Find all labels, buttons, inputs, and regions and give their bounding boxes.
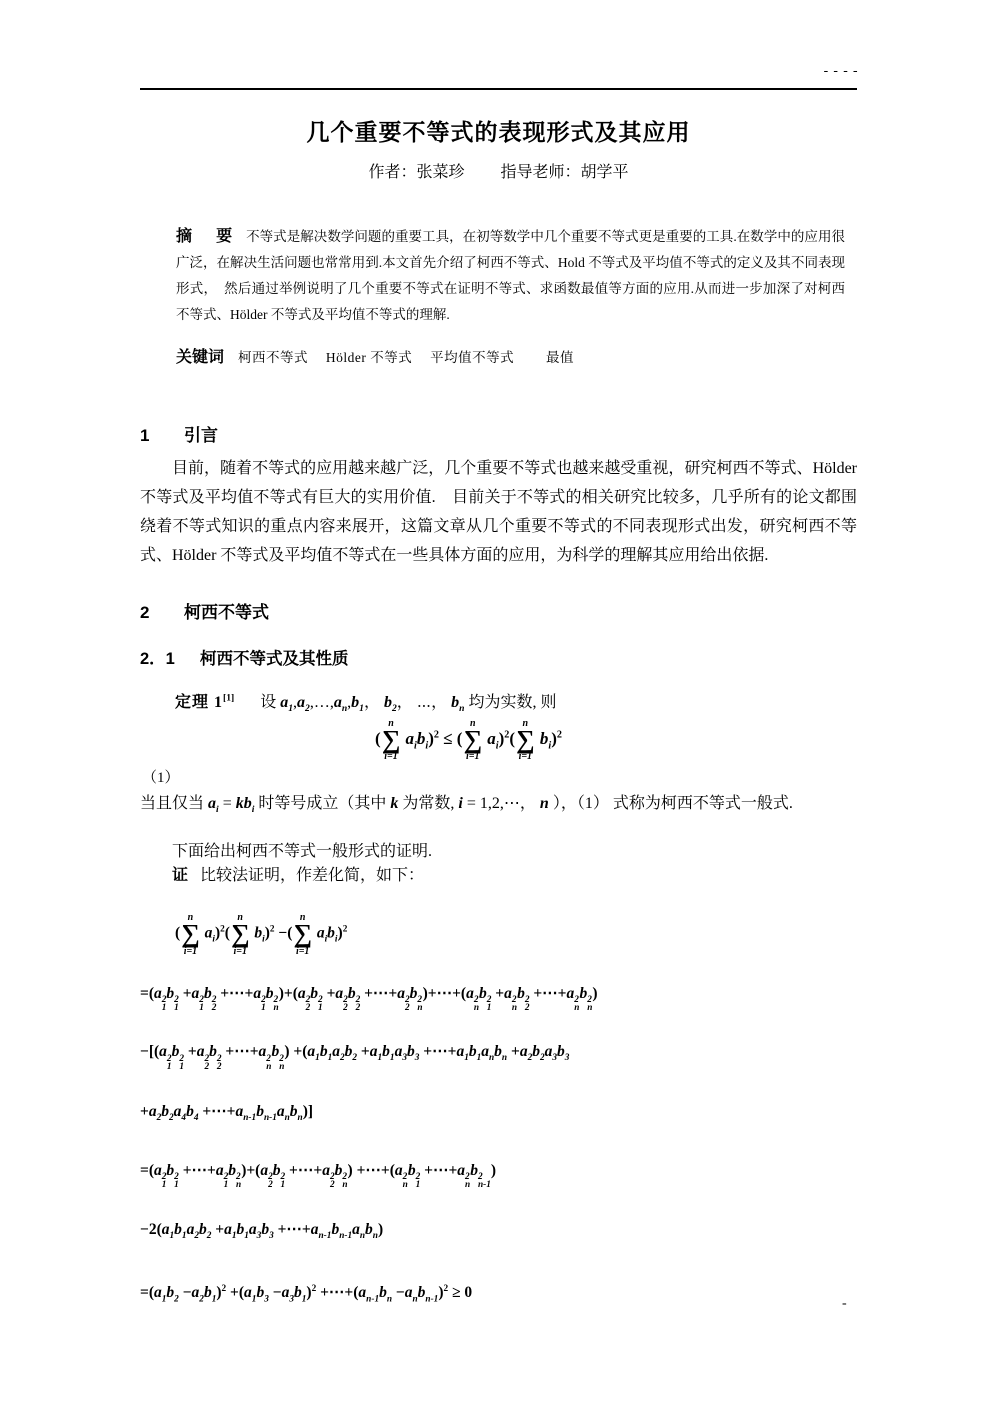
derivation: (n∑i=1 ai)2(n∑i=1 bi)2 −(n∑i=1 aibi)2 =(… [140,912,857,1311]
equality-condition: 当且仅当 ai = kbi 时等号成立（其中 k 为常数, i = 1,2,⋯，… [140,789,857,824]
page-title: 几个重要不等式的表现形式及其应用 [140,114,857,147]
footer-dash: - [842,1296,847,1312]
byline: 作者：张菜珍 指导老师：胡学平 [140,159,857,182]
section-1-paragraph: 目前，随着不等式的应用越来越广泛，几个重要不等式也越来越受重视，研究柯西不等式、… [140,454,857,570]
section-1-heading: 1引言 [140,421,857,446]
derivation-line: =(a21b21 +a21b22 +⋯+a21b2n)+(a22b21 +a22… [140,981,857,1013]
keywords: 关键词柯西不等式 Hölder 不等式 平均值不等式 最值 [176,344,857,367]
proof-heading: 证比较法证明，作差化简，如下： [140,864,857,888]
cauchy-inequality-formula: (n∑i=1 aibi)2 ≤ (n∑i=1 ai)2(n∑i=1 bi)2 [140,718,857,762]
section-1-title: 引言 [184,426,218,445]
section-2-heading: 2柯西不等式 [140,598,857,623]
theorem-citation: [1] [223,693,234,704]
section-2-1-heading: 2．1柯西不等式及其性质 [140,645,857,669]
theorem-label: 定理 1 [175,694,223,711]
document-page: ---- 几个重要不等式的表现形式及其应用 作者：张菜珍 指导老师：胡学平 摘 … [0,0,993,1404]
proof-method: 比较法证明，作差化简，如下： [200,867,424,884]
derivation-line: −2(a1b1a2b2 +a1b1a3b3 +⋯+an-1bn-1anbn) [140,1217,857,1249]
header-rule [140,88,857,90]
abstract: 摘 要不等式是解决数学问题的重要工具，在初等数学中几个重要不等式更是重要的工具.… [176,224,845,328]
equation-number: （1） [142,766,857,787]
section-2-1-number: 2．1 [140,645,200,669]
proof-intro: 下面给出柯西不等式一般形式的证明. [140,840,857,864]
derivation-line: −[(a21b21 +a22b22 +⋯+a2nb2n) +(a1b1a2b2 … [140,1039,857,1071]
section-2-1-title: 柯西不等式及其性质 [200,650,349,668]
abstract-label: 摘 要 [176,228,236,245]
derivation-line: =(a21b21 +⋯+a21b2n)+(a22b21 +⋯+a22b2n) +… [140,1158,857,1190]
derivation-line: (n∑i=1 ai)2(n∑i=1 bi)2 −(n∑i=1 aibi)2 [175,912,857,956]
theorem-1: 定理 1[1]设 a1,a2,…,an,b1， b2， ⋯， bn 均为实数, … [175,689,857,714]
page-content: 几个重要不等式的表现形式及其应用 作者：张菜珍 指导老师：胡学平 摘 要不等式是… [140,100,857,1339]
abstract-text: 不等式是解决数学问题的重要工具，在初等数学中几个重要不等式更是重要的工具.在数学… [176,229,845,322]
section-2-title: 柯西不等式 [184,603,269,622]
derivation-line: +a2b2a4b4 +⋯+an-1bn-1anbn)] [140,1099,857,1131]
section-1-number: 1 [140,426,184,446]
theorem-statement: 设 a1,a2,…,an,b1， b2， ⋯， bn 均为实数, 则 [260,694,556,711]
header-dashes: ---- [822,64,861,79]
proof-label: 证 [172,867,188,884]
section-2-number: 2 [140,603,184,623]
keywords-label: 关键词 [176,349,224,366]
keywords-text: 柯西不等式 Hölder 不等式 平均值不等式 最值 [238,350,574,365]
derivation-line: =(a1b2 −a2b1)2 +(a1b3 −a3b1)2 +⋯+(an-1bn… [140,1276,857,1312]
